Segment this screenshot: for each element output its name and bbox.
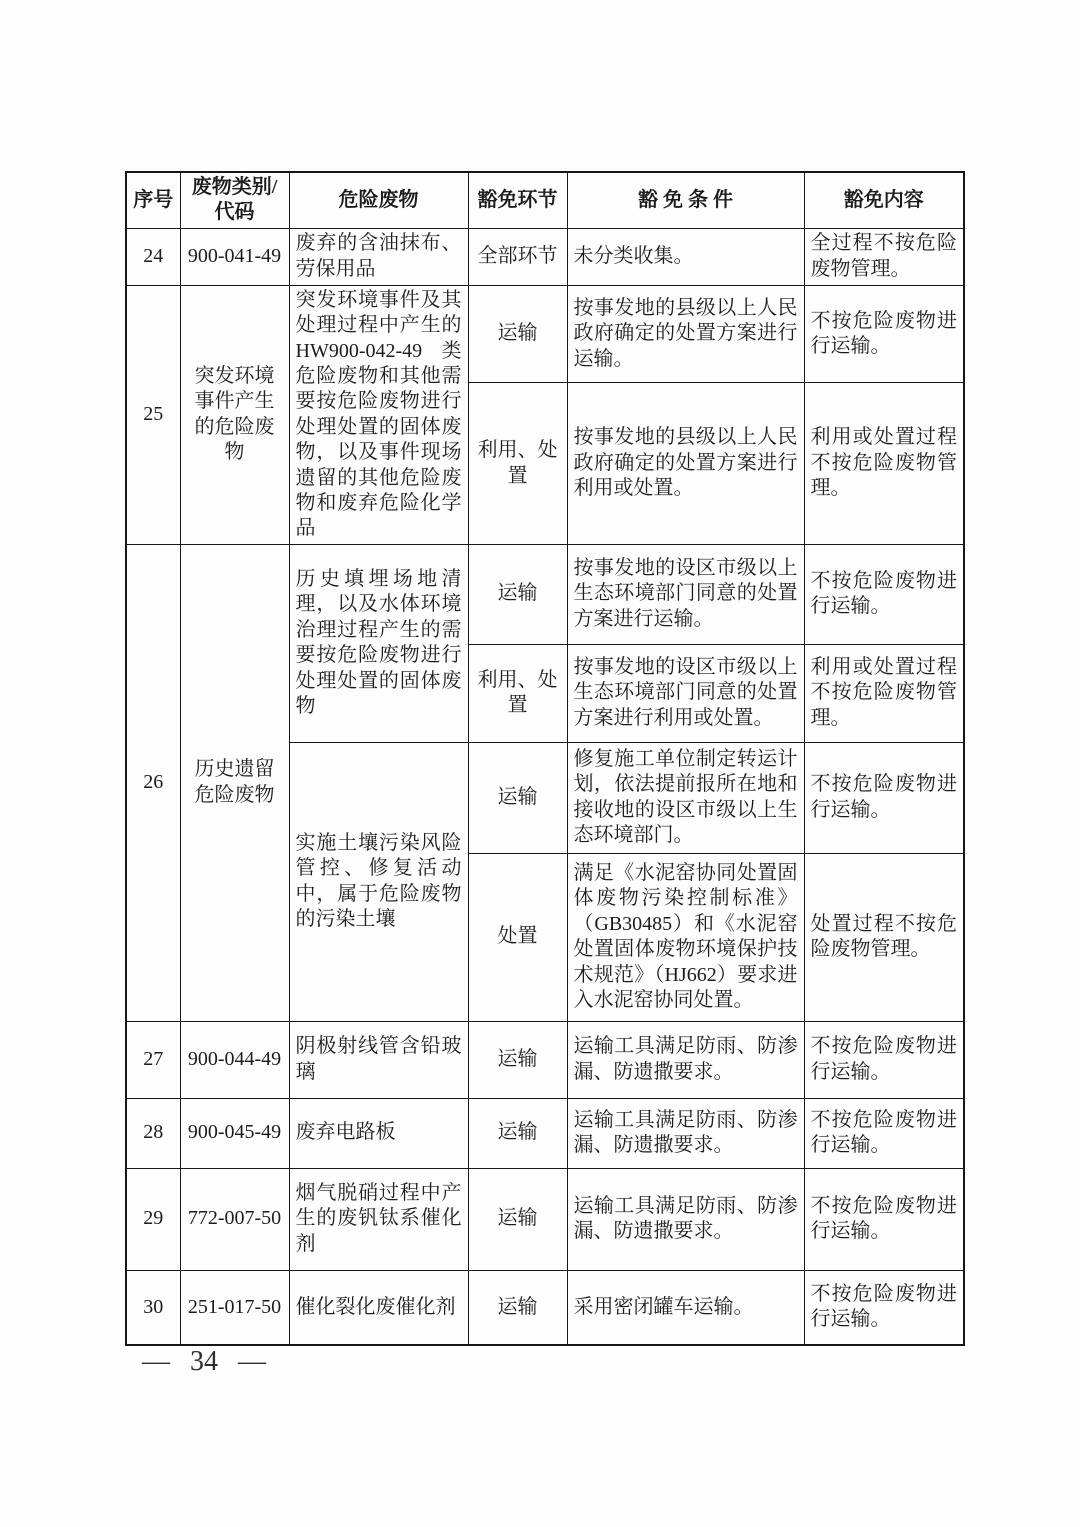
row24-content-cell: 全过程不按危险废物管理。 — [804, 228, 964, 285]
header-category-code: 废物类别/ 代码 — [180, 172, 289, 228]
row25-waste-cell: 突发环境事件及其处理过程中产生的HW900-042-49 类危险废物和其他需要按… — [289, 285, 468, 544]
row25-seq-cell: 25 — [126, 285, 180, 544]
table-row: 27 900-044-49 阴极射线管含铅玻璃 运输 运输工具满足防雨、防渗漏、… — [126, 1021, 964, 1098]
header-exempt-stage: 豁免环节 — [468, 172, 567, 228]
row27-waste-cell: 阴极射线管含铅玻璃 — [289, 1021, 468, 1098]
row25-sub2-content-cell: 利用或处置过程不按危险废物管理。 — [804, 383, 964, 544]
row26-sub3-stage-cell: 运输 — [468, 742, 567, 853]
row30-condition-cell: 采用密闭罐车运输。 — [567, 1270, 804, 1345]
header-seq: 序号 — [126, 172, 180, 228]
table-row: 24 900-041-49 废弃的含油抹布、劳保用品 全部环节 未分类收集。 全… — [126, 228, 964, 285]
row26-sub1-stage-cell: 运输 — [468, 544, 567, 644]
row27-stage-cell: 运输 — [468, 1021, 567, 1098]
row29-waste-cell: 烟气脱硝过程中产生的废钒钛系催化剂 — [289, 1168, 468, 1270]
row29-code-cell: 772-007-50 — [180, 1168, 289, 1270]
row28-condition-cell: 运输工具满足防雨、防渗漏、防遗撒要求。 — [567, 1098, 804, 1168]
table-header-row: 序号 废物类别/ 代码 危险废物 豁免环节 豁 免 条 件 豁免内容 — [126, 172, 964, 228]
row30-code-cell: 251-017-50 — [180, 1270, 289, 1345]
table-row: 29 772-007-50 烟气脱硝过程中产生的废钒钛系催化剂 运输 运输工具满… — [126, 1168, 964, 1270]
row26-sub2-condition-cell: 按事发地的设区市级以上生态环境部门同意的处置方案进行利用或处置。 — [567, 644, 804, 742]
row29-stage-cell: 运输 — [468, 1168, 567, 1270]
row28-code-cell: 900-045-49 — [180, 1098, 289, 1168]
row27-condition-cell: 运输工具满足防雨、防渗漏、防遗撒要求。 — [567, 1021, 804, 1098]
row28-content-cell: 不按危险废物进行运输。 — [804, 1098, 964, 1168]
row30-seq-cell: 30 — [126, 1270, 180, 1345]
row26-sub1-content-cell: 不按危险废物进行运输。 — [804, 544, 964, 644]
page-number-dash-right: — — [238, 1346, 266, 1378]
header-exempt-condition: 豁 免 条 件 — [567, 172, 804, 228]
row26-category-cell: 历史遗留危险废物 — [180, 544, 289, 1021]
row29-content-cell: 不按危险废物进行运输。 — [804, 1168, 964, 1270]
row29-seq-cell: 29 — [126, 1168, 180, 1270]
row24-seq-cell: 24 — [126, 228, 180, 285]
row24-code-cell: 900-041-49 — [180, 228, 289, 285]
row25-sub2-condition-cell: 按事发地的县级以上人民政府确定的处置方案进行利用或处置。 — [567, 383, 804, 544]
page-number-value: 34 — [190, 1346, 218, 1378]
row26-sub2-content-cell: 利用或处置过程不按危险废物管理。 — [804, 644, 964, 742]
row30-stage-cell: 运输 — [468, 1270, 567, 1345]
row26-sub1-condition-cell: 按事发地的设区市级以上生态环境部门同意的处置方案进行运输。 — [567, 544, 804, 644]
row26-sub2-stage-cell: 利用、处置 — [468, 644, 567, 742]
row26-sub4-condition-cell: 满足《水泥窑协同处置固体废物污染控制标准》（GB30485）和《水泥窑处置固体废… — [567, 853, 804, 1021]
row26-sub3-content-cell: 不按危险废物进行运输。 — [804, 742, 964, 853]
row28-seq-cell: 28 — [126, 1098, 180, 1168]
row28-stage-cell: 运输 — [468, 1098, 567, 1168]
row25-sub1-content-cell: 不按危险废物进行运输。 — [804, 285, 964, 383]
row24-condition-cell: 未分类收集。 — [567, 228, 804, 285]
row25-category-cell: 突发环境事件产生的危险废物 — [180, 285, 289, 544]
row25-sub1-stage-cell: 运输 — [468, 285, 567, 383]
page-number-dash-left: — — [142, 1346, 170, 1378]
row30-waste-cell: 催化裂化废催化剂 — [289, 1270, 468, 1345]
page-number: — 34 — — [142, 1346, 266, 1378]
row24-stage-cell: 全部环节 — [468, 228, 567, 285]
row30-content-cell: 不按危险废物进行运输。 — [804, 1270, 964, 1345]
row27-seq-cell: 27 — [126, 1021, 180, 1098]
row25-sub1-condition-cell: 按事发地的县级以上人民政府确定的处置方案进行运输。 — [567, 285, 804, 383]
header-hazardous-waste: 危险废物 — [289, 172, 468, 228]
header-exempt-content: 豁免内容 — [804, 172, 964, 228]
document-page: 序号 废物类别/ 代码 危险废物 豁免环节 豁 免 条 件 豁免内容 24 90… — [0, 0, 1080, 1527]
table-row: 26 历史遗留危险废物 历史填埋场地清理，以及水体环境治理过程产生的需要按危险废… — [126, 544, 964, 644]
row25-sub2-stage-cell: 利用、处置 — [468, 383, 567, 544]
row26-sub4-stage-cell: 处置 — [468, 853, 567, 1021]
row26-seq-cell: 26 — [126, 544, 180, 1021]
row27-content-cell: 不按危险废物进行运输。 — [804, 1021, 964, 1098]
row28-waste-cell: 废弃电路板 — [289, 1098, 468, 1168]
row24-waste-cell: 废弃的含油抹布、劳保用品 — [289, 228, 468, 285]
row26-waste-b-cell: 实施土壤污染风险管控、修复活动中，属于危险废物的污染土壤 — [289, 742, 468, 1021]
table-row: 25 突发环境事件产生的危险废物 突发环境事件及其处理过程中产生的HW900-0… — [126, 285, 964, 383]
row26-sub3-condition-cell: 修复施工单位制定转运计划，依法提前报所在地和接收地的设区市级以上生态环境部门。 — [567, 742, 804, 853]
table-row: 28 900-045-49 废弃电路板 运输 运输工具满足防雨、防渗漏、防遗撒要… — [126, 1098, 964, 1168]
row26-sub4-content-cell: 处置过程不按危险废物管理。 — [804, 853, 964, 1021]
row27-code-cell: 900-044-49 — [180, 1021, 289, 1098]
exemption-table: 序号 废物类别/ 代码 危险废物 豁免环节 豁 免 条 件 豁免内容 24 90… — [125, 171, 965, 1346]
row29-condition-cell: 运输工具满足防雨、防渗漏、防遗撒要求。 — [567, 1168, 804, 1270]
table-row: 30 251-017-50 催化裂化废催化剂 运输 采用密闭罐车运输。 不按危险… — [126, 1270, 964, 1345]
row26-waste-a-cell: 历史填埋场地清理，以及水体环境治理过程产生的需要按危险废物进行处理处置的固体废物 — [289, 544, 468, 742]
